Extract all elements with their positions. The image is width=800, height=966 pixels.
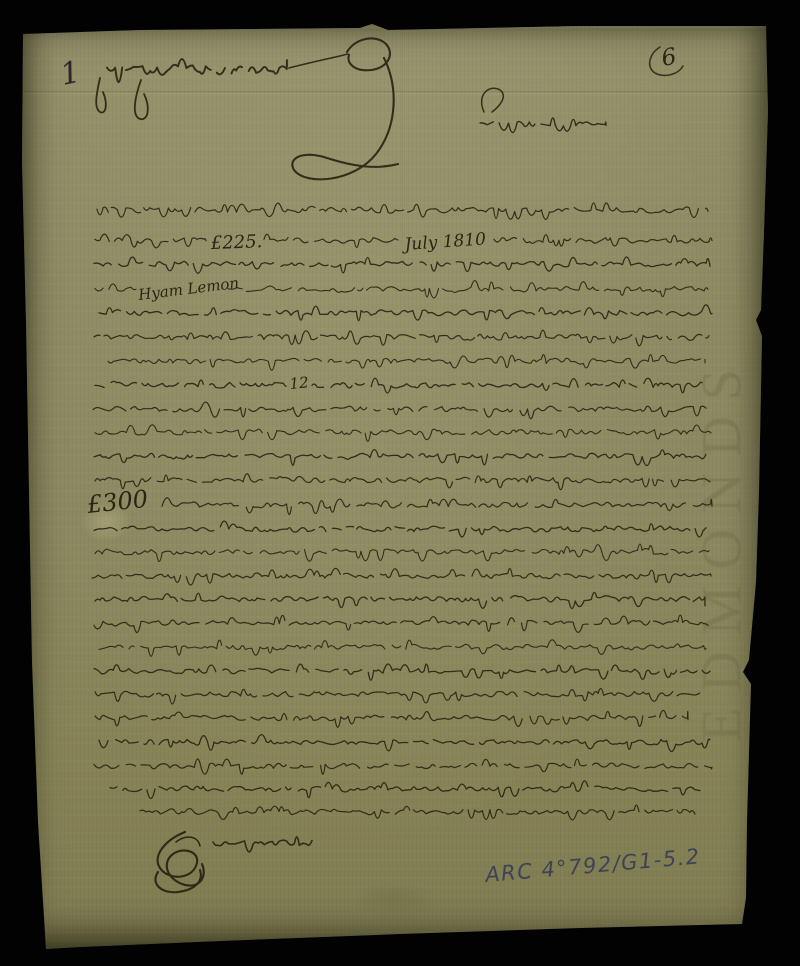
amount-pounds-300: £300 bbox=[85, 485, 150, 519]
inline-number-12: 12 bbox=[289, 373, 310, 393]
body-handwriting-lines bbox=[92, 59, 712, 852]
heading-flourish bbox=[96, 38, 398, 179]
circled-page-number: 6 bbox=[660, 44, 679, 72]
handwriting-ink-layer: 1 6 £225. July 1810 Hyam Lemon 12 £300 A… bbox=[0, 0, 800, 966]
folio-number: 1 bbox=[57, 55, 83, 93]
archival-shelfmark: ARC 4°792/G1-5.2 bbox=[482, 844, 701, 887]
manuscript-scan: EDMONDS 1 bbox=[0, 0, 800, 966]
signature-paraph bbox=[155, 832, 203, 892]
name-latin-script: Hyam Lemon bbox=[136, 274, 240, 304]
subheading-curl bbox=[482, 88, 504, 112]
amount-pounds-225: £225. bbox=[209, 231, 262, 254]
date-july-1810: July 1810 bbox=[401, 229, 487, 255]
